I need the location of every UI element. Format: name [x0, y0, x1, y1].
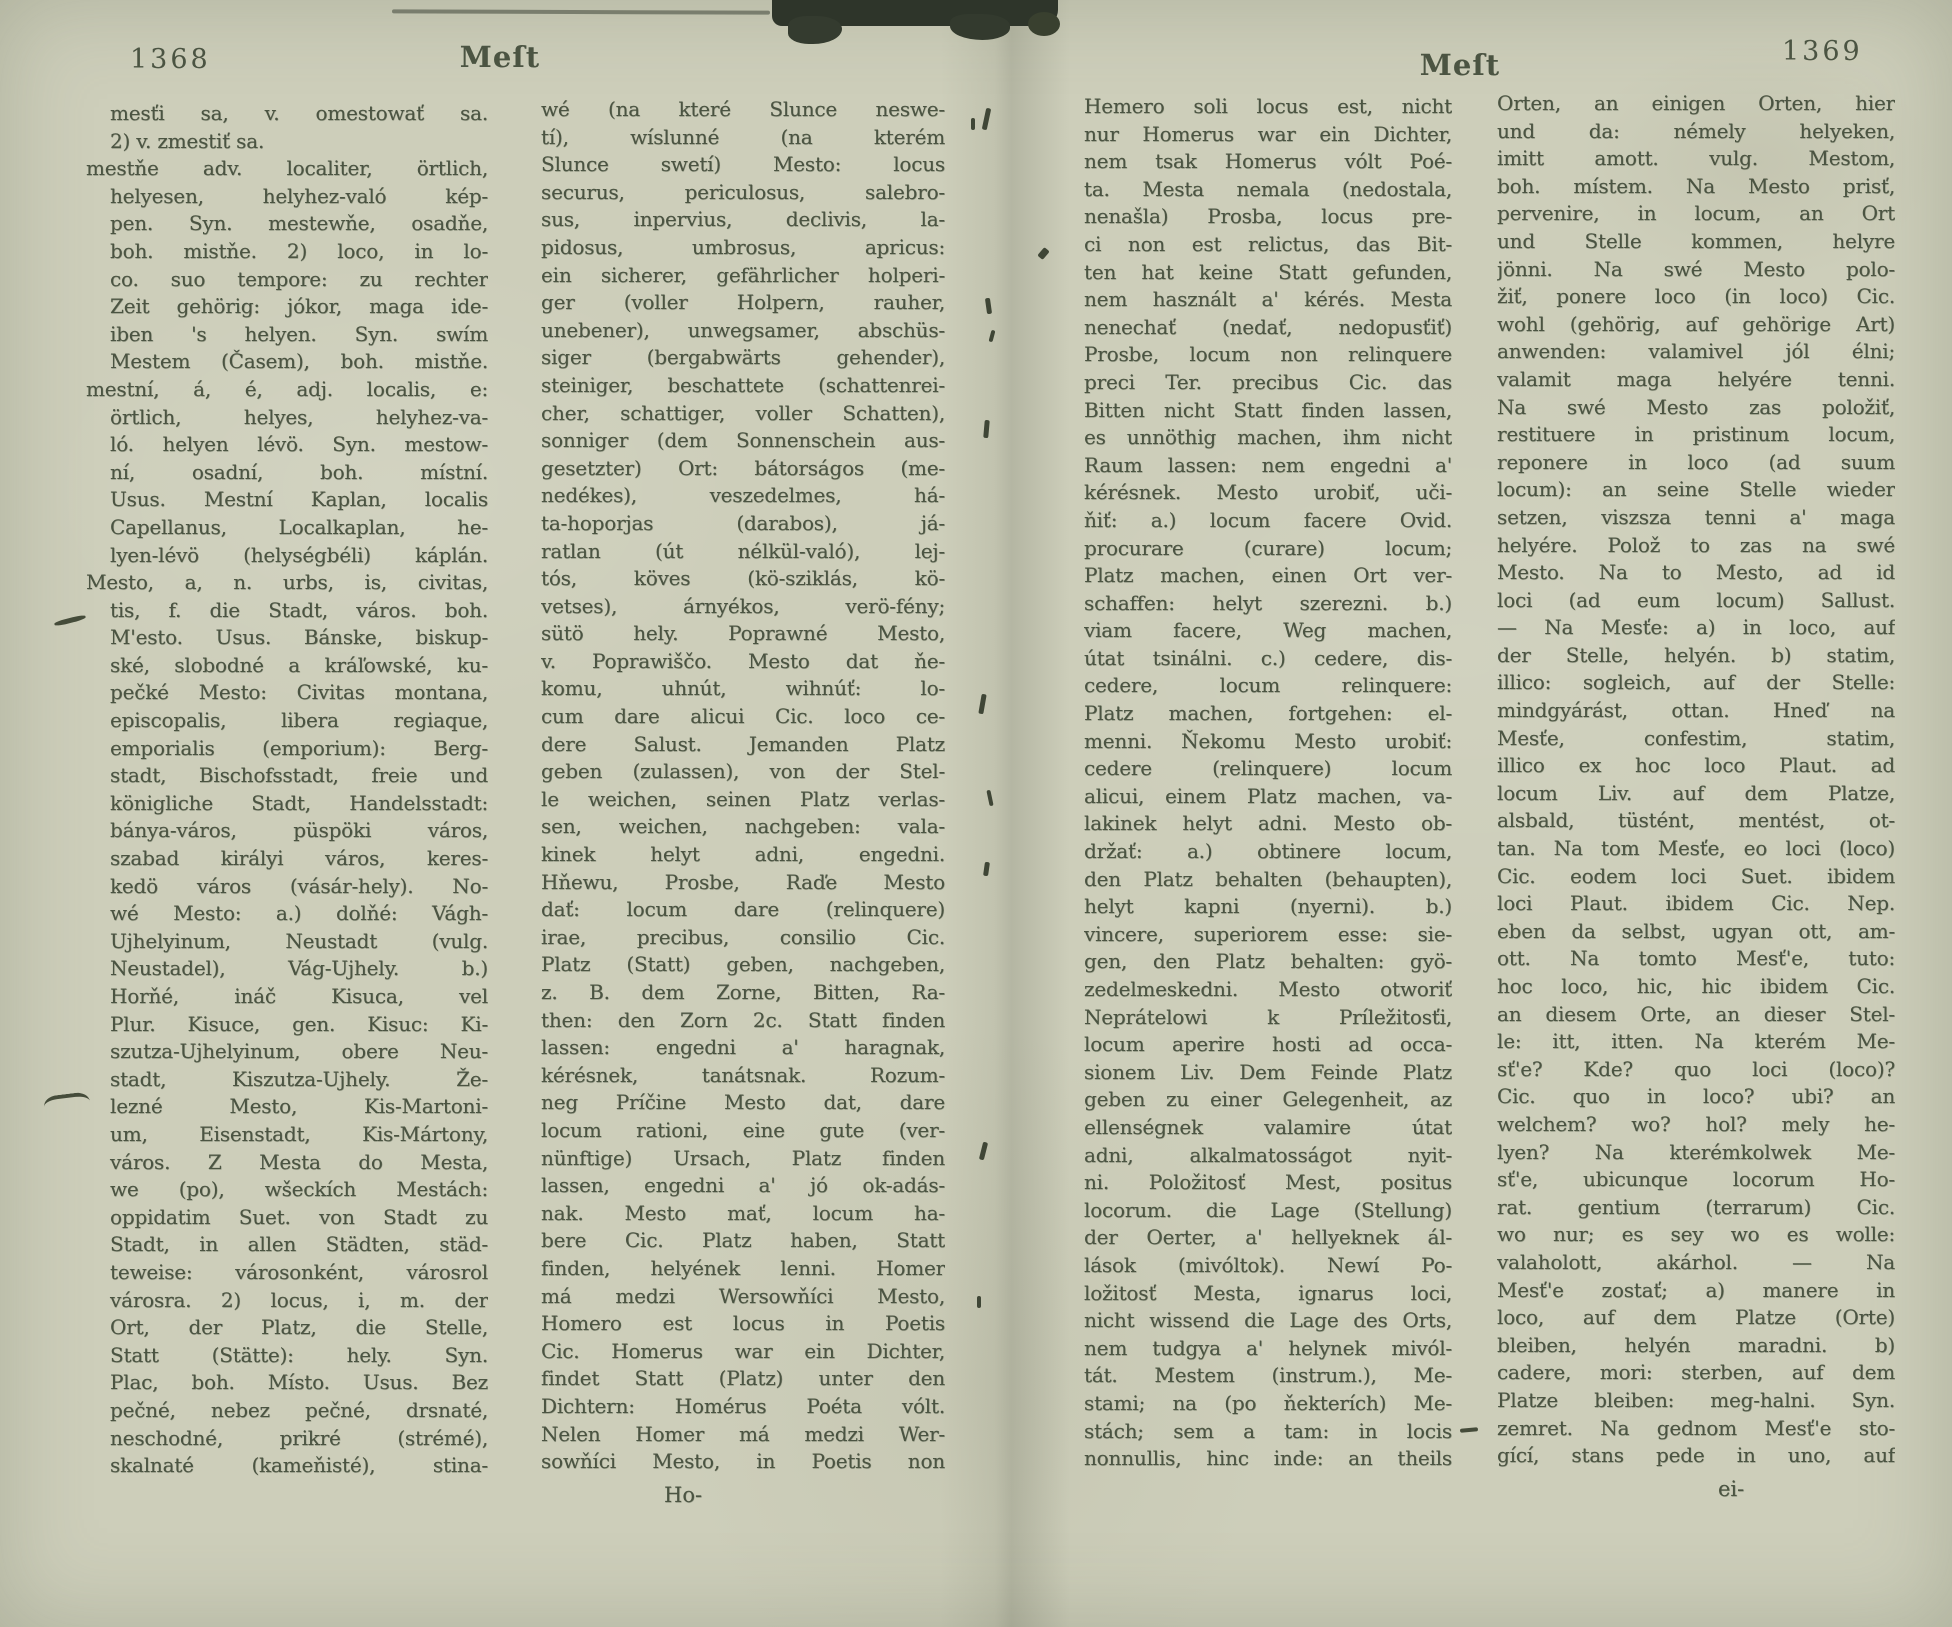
text-line: siger (bergabwärts gehender), — [541, 344, 945, 372]
text-line: menni. Ňekomu Mesto urobiť: — [1084, 728, 1452, 756]
text-line: securus, periculosus, salebro- — [541, 179, 945, 207]
text-line: pečké Mesto: Civitas montana, — [86, 679, 488, 707]
text-line: kedö város (vásár-hely). No- — [86, 873, 488, 901]
text-line: um, Eisenstadt, Kis-Mártony, — [86, 1121, 488, 1149]
text-line: kinek helyt adni, engedni. — [541, 841, 945, 869]
text-line: locum Liv. auf dem Platze, — [1497, 780, 1895, 808]
text-line: rat. gentium (terrarum) Cic. — [1497, 1194, 1895, 1222]
text-line: sť'e? Kde? quo loci (loco)? — [1497, 1056, 1895, 1084]
text-line: Capellanus, Localkaplan, he- — [86, 514, 488, 542]
text-line: illico: sogleich, auf der Stelle: — [1497, 669, 1895, 697]
text-line: nenašla) Prosba, locus pre- — [1084, 203, 1452, 231]
text-line: sütö hely. Poprawné Mesto, — [541, 620, 945, 648]
text-line: Statt (Stätte): hely. Syn. — [86, 1342, 488, 1370]
text-line: 2) v. zmestiť sa. — [86, 128, 488, 156]
text-line: loco, auf dem Platze (Orte) — [1497, 1304, 1895, 1332]
text-line: Horňé, ináč Kisuca, vel — [86, 983, 488, 1011]
text-line: kérésnek. Mesto urobiť, uči- — [1084, 479, 1452, 507]
text-line: bleiben, helyén maradni. b) — [1497, 1332, 1895, 1360]
text-line: sonniger (dem Sonnenschein aus- — [541, 427, 945, 455]
gutter-mark — [971, 118, 975, 130]
text-line: cedere (relinquere) locum — [1084, 755, 1452, 783]
text-column: mesťi sa, v. omestowať sa.2) v. zmestiť … — [86, 100, 488, 1480]
text-line: geben (zulassen), von der Stel- — [541, 758, 945, 786]
text-line: cher, schattiger, voller Schatten), — [541, 400, 945, 428]
text-line: Raum lassen: nem engedni a' — [1084, 452, 1452, 480]
margin-squiggle — [54, 614, 86, 627]
ink-blotch — [950, 14, 1010, 40]
text-line: Mesto. Na to Mesto, ad id — [1497, 559, 1895, 587]
text-line: Neprátelowi k Príležitosťi, — [1084, 1004, 1452, 1032]
text-line: hoc loco, hic, hic ibidem Cic. — [1497, 973, 1895, 1001]
text-line: schaffen: helyt szerezni. b.) — [1084, 590, 1452, 618]
text-line: ložitosť Mesta, ignarus loci, — [1084, 1280, 1452, 1308]
text-line: Platz (Statt) geben, nachgeben, — [541, 951, 945, 979]
text-line: nur Homerus war ein Dichter, — [1084, 121, 1452, 149]
text-line: Zeit gehörig: jókor, maga ide- — [86, 293, 488, 321]
text-line: nem tudgya a' helynek mivól- — [1084, 1335, 1452, 1363]
text-line: dať: locum dare (relinquere) — [541, 896, 945, 924]
text-line: procurare (curare) locum; — [1084, 535, 1452, 563]
text-line: helyesen, helyhez-való kép- — [86, 183, 488, 211]
text-line: nonnullis, hinc inde: an theils — [1084, 1445, 1452, 1473]
text-line: nicht wissend die Lage des Orts, — [1084, 1307, 1452, 1335]
text-line: vincere, superiorem esse: sie- — [1084, 921, 1452, 949]
text-line: mestňe adv. localiter, örtlich, — [86, 155, 488, 183]
text-line: sionem Liv. Dem Feinde Platz — [1084, 1059, 1452, 1087]
text-line: ňiť: a.) locum facere Ovid. — [1084, 507, 1452, 535]
text-line: illico ex hoc loco Plaut. ad — [1497, 752, 1895, 780]
ink-streak — [392, 9, 770, 14]
text-line: cum dare alicui Cic. loco ce- — [541, 703, 945, 731]
text-line: sowňíci Mesto, in Poetis non — [541, 1448, 945, 1476]
text-line: locum): an seine Stelle wieder — [1497, 476, 1895, 504]
text-line: skalnaté (kameňisté), stina- — [86, 1452, 488, 1480]
text-column: Orten, an einigen Orten, hierund da: ném… — [1497, 90, 1895, 1470]
text-line: stadt, Kiszutza-Ujhely. Že- — [86, 1066, 488, 1094]
text-line: Ort, der Platz, die Stelle, — [86, 1314, 488, 1342]
text-line: locorum. die Lage (Stellung) — [1084, 1197, 1452, 1225]
text-line: sen, weichen, nachgeben: vala- — [541, 813, 945, 841]
text-line: nünftige) Ursach, Platz finden — [541, 1145, 945, 1173]
text-line: tós, köves (kö-sziklás, kö- — [541, 565, 945, 593]
text-line: an diesem Orte, an dieser Stel- — [1497, 1001, 1895, 1029]
text-line: Plur. Kisuce, gen. Kisuc: Ki- — [86, 1011, 488, 1039]
text-line: helyére. Polož to zas na swé — [1497, 532, 1895, 560]
text-line: neg Príčine Mesto dat, dare — [541, 1089, 945, 1117]
text-line: Platz machen, einen Ort ver- — [1084, 562, 1452, 590]
text-line: ger (voller Holpern, rauher, — [541, 289, 945, 317]
text-line: zemret. Na gednom Mesť'e sto- — [1497, 1415, 1895, 1443]
text-line: reponere in loco (ad suum — [1497, 449, 1895, 477]
text-line: und Stelle kommen, helyre — [1497, 228, 1895, 256]
text-line: lezné Mesto, Kis-Martoni- — [86, 1093, 488, 1121]
text-line: Cic. quo in loco? ubi? an — [1497, 1083, 1895, 1111]
text-line: der Oerter, a' hellyeknek ál- — [1084, 1224, 1452, 1252]
text-line: tát. Mestem (instrum.), Me- — [1084, 1362, 1452, 1390]
text-line: Neustadel), Vág-Ujhely. b.) — [86, 955, 488, 983]
text-column: wé (na které Slunce neswe-tí), wíslunné … — [541, 96, 945, 1476]
text-line: útat tsinálni. c.) cedere, dis- — [1084, 645, 1452, 673]
text-line: nem használt a' kérés. Mesta — [1084, 286, 1452, 314]
text-line: teweise: városonként, városrol — [86, 1259, 488, 1287]
text-line: Mesto, a, n. urbs, is, civitas, — [86, 569, 488, 597]
text-line: der Stelle, helyén. b) statim, — [1497, 642, 1895, 670]
text-line: locum aperire hosti ad occa- — [1084, 1031, 1452, 1059]
text-line: mindgyárást, ottan. Hneď na — [1497, 697, 1895, 725]
text-line: finden, helyének lenni. Homer — [541, 1255, 945, 1283]
text-line: lyen? Na kterémkolwek Me- — [1497, 1139, 1895, 1167]
text-line: imitt amott. vulg. Mestom, — [1497, 145, 1895, 173]
text-line: es unnöthig machen, ihm nicht — [1084, 424, 1452, 452]
text-line: Platze bleiben: meg-halni. Syn. — [1497, 1387, 1895, 1415]
text-line: Hňewu, Prosbe, Raďe Mesto — [541, 869, 945, 897]
text-line: lassen: engedni a' haragnak, — [541, 1034, 945, 1062]
text-line: v. Poprawiščo. Mesto dat ňe- — [541, 648, 945, 676]
text-line: Mesťe, confestim, statim, — [1497, 725, 1895, 753]
page-number: 1368 — [130, 44, 211, 75]
running-head: Meſt — [1380, 48, 1540, 82]
text-line: stadt, Bischofsstadt, freie und — [86, 762, 488, 790]
text-line: viam facere, Weg machen, — [1084, 617, 1452, 645]
text-line: then: den Zorn 2c. Statt finden — [541, 1007, 945, 1035]
text-line: eben da selbst, ugyan ott, am- — [1497, 918, 1895, 946]
text-line: bere Cic. Platz haben, Statt — [541, 1227, 945, 1255]
text-line: Slunce swetí) Mesto: locus — [541, 151, 945, 179]
text-line: boh. mistňe. 2) loco, in lo- — [86, 238, 488, 266]
text-line: szutza-Ujhelyinum, obere Neu- — [86, 1038, 488, 1066]
text-line: gesetzter) Ort: bátorságos (me- — [541, 455, 945, 483]
text-line: unebener), unwegsamer, abschüs- — [541, 317, 945, 345]
text-line: pidosus, umbrosus, apricus: — [541, 234, 945, 262]
text-line: pečné, nebez pečné, drsnaté, — [86, 1397, 488, 1425]
text-line: Mestem (Časem), boh. mistňe. — [86, 348, 488, 376]
text-line: lassen, engedni a' jó ok-adás- — [541, 1172, 945, 1200]
text-line: cadere, mori: sterben, auf dem — [1497, 1359, 1895, 1387]
text-line: — Na Mesťe: a) in loco, auf — [1497, 614, 1895, 642]
text-line: ni. Položitosť Mest, positus — [1084, 1169, 1452, 1197]
text-line: helyt kapni (nyerni). b.) — [1084, 893, 1452, 921]
text-line: Hemero soli locus est, nicht — [1084, 93, 1452, 121]
text-line: le: itt, itten. Na kterém Me- — [1497, 1028, 1895, 1056]
page-number: 1369 — [1782, 36, 1863, 67]
ink-blotch — [1028, 12, 1060, 36]
text-line: tis, f. die Stadt, város. boh. — [86, 597, 488, 625]
text-line: wo nur; es sey wo es wolle: — [1497, 1221, 1895, 1249]
text-line: Usus. Mestní Kaplan, localis — [86, 486, 488, 514]
text-column: Hemero soli locus est, nichtnur Homerus … — [1084, 93, 1452, 1473]
text-line: szabad királyi város, keres- — [86, 845, 488, 873]
catchword: ei- — [1718, 1477, 1744, 1501]
text-line: irae, precibus, consilio Cic. — [541, 924, 945, 952]
text-line: den Platz behalten (behaupten), — [1084, 866, 1452, 894]
text-line: Cic. eodem loci Suet. ibidem — [1497, 863, 1895, 891]
text-line: Cic. Homerus war ein Dichter, — [541, 1338, 945, 1366]
text-line: neschodné, prikré (strémé), — [86, 1425, 488, 1453]
text-line: alicui, einem Platz machen, va- — [1084, 783, 1452, 811]
text-line: ló. helyen lévö. Syn. mestow- — [86, 431, 488, 459]
text-line: nak. Mesto mať, locum ha- — [541, 1200, 945, 1228]
text-line: sť'e, ubicunque locorum Ho- — [1497, 1166, 1895, 1194]
text-line: welchem? wo? hol? mely he- — [1497, 1111, 1895, 1139]
text-line: episcopalis, libera regiaque, — [86, 707, 488, 735]
text-line: Dichtern: Homérus Poéta vólt. — [541, 1393, 945, 1421]
text-line: lakinek helyt adni. Mesto ob- — [1084, 810, 1452, 838]
gutter-mark — [977, 1296, 981, 1308]
page-gutter-shadow — [940, 0, 1070, 1627]
text-line: alsbald, tüstént, mentést, ot- — [1497, 807, 1895, 835]
text-line: lások (mivóltok). Newí Po- — [1084, 1252, 1452, 1280]
margin-squiggle — [43, 1091, 91, 1116]
text-line: držať: a.) obtinere locum, — [1084, 838, 1452, 866]
text-line: boh. místem. Na Mesto prisť, — [1497, 173, 1895, 201]
text-line: pervenire, in locum, an Ort — [1497, 200, 1895, 228]
text-line: tí), wíslunné (na kterém — [541, 124, 945, 152]
text-line: M'esto. Usus. Bánske, biskup- — [86, 624, 488, 652]
text-line: gící, stans pede in uno, auf — [1497, 1442, 1895, 1470]
text-line: Platz machen, fortgehen: el- — [1084, 700, 1452, 728]
text-line: valaholott, akárhol. — Na — [1497, 1249, 1895, 1277]
text-line: bánya-város, püspöki város, — [86, 817, 488, 845]
text-line: ten hat keine Statt gefunden, — [1084, 259, 1452, 287]
text-line: Prosbe, locum non relinquere — [1084, 341, 1452, 369]
text-line: loci Plaut. ibidem Cic. Nep. — [1497, 890, 1895, 918]
text-line: ratlan (út nélkül-való), lej- — [541, 538, 945, 566]
text-line: ott. Na tomto Mesť'e, tuto: — [1497, 945, 1895, 973]
text-line: locum rationi, eine gute (ver- — [541, 1117, 945, 1145]
text-line: ta-hoporjas (darabos), já- — [541, 510, 945, 538]
book-scan: 1368 Meſt mesťi sa, v. omestowať sa.2) v… — [0, 0, 1952, 1627]
text-line: cedere, locum relinquere: — [1084, 672, 1452, 700]
text-line: ní, osadní, boh. místní. — [86, 459, 488, 487]
text-line: geben zu einer Gelegenheit, az — [1084, 1086, 1452, 1114]
text-line: steiniger, beschattete (schattenrei- — [541, 372, 945, 400]
text-line: königliche Stadt, Handelsstadt: — [86, 790, 488, 818]
text-line: wé Mesto: a.) dolňé: Vágh- — [86, 900, 488, 928]
text-line: mestní, á, é, adj. localis, e: — [86, 376, 488, 404]
text-line: z. B. dem Zorne, Bitten, Ra- — [541, 979, 945, 1007]
text-line: nem tsak Homerus vólt Poé- — [1084, 148, 1452, 176]
text-line: co. suo tempore: zu rechter — [86, 266, 488, 294]
text-line: stami; na (po ňekterích) Me- — [1084, 1390, 1452, 1418]
text-line: ta. Mesta nemala (nedostala, — [1084, 176, 1452, 204]
text-line: gen, den Platz behalten: gyö- — [1084, 948, 1452, 976]
text-line: mesťi sa, v. omestowať sa. — [86, 100, 488, 128]
text-line: wohl (gehörig, auf gehörige Art) — [1497, 311, 1895, 339]
text-line: adni, alkalmatosságot nyit- — [1084, 1142, 1452, 1170]
text-line: nedékes), veszedelmes, há- — [541, 482, 945, 510]
text-line: le weichen, seinen Platz verlas- — [541, 786, 945, 814]
text-line: komu, uhnút, wihnúť: lo- — [541, 675, 945, 703]
text-line: restituere in pristinum locum, — [1497, 421, 1895, 449]
text-line: Plac, boh. Místo. Usus. Bez — [86, 1369, 488, 1397]
text-line: Bitten nicht Statt finden lassen, — [1084, 397, 1452, 425]
text-line: lyen-lévö (helységbéli) káplán. — [86, 542, 488, 570]
text-line: dere Salust. Jemanden Platz — [541, 731, 945, 759]
text-line: setzen, viszsza tenni a' maga — [1497, 504, 1895, 532]
text-line: Na swé Mesto zas položiť, — [1497, 394, 1895, 422]
text-line: Homero est locus in Poetis — [541, 1310, 945, 1338]
text-line: ské, slobodné a kráľowské, ku- — [86, 652, 488, 680]
text-line: városra. 2) locus, i, m. der — [86, 1287, 488, 1315]
text-line: iben 's helyen. Syn. swím — [86, 321, 488, 349]
text-line: stách; sem a tam: in locis — [1084, 1418, 1452, 1446]
text-line: oppidatim Suet. von Stadt zu — [86, 1204, 488, 1232]
text-line: emporialis (emporium): Berg- — [86, 735, 488, 763]
text-line: ellenségnek valamire útat — [1084, 1114, 1452, 1142]
text-line: város. Z Mesta do Mesta, — [86, 1149, 488, 1177]
text-line: findet Statt (Platz) unter den — [541, 1365, 945, 1393]
margin-dash — [1460, 1427, 1478, 1433]
text-line: ci non est relictus, das Bit- — [1084, 231, 1452, 259]
text-line: nenechať (nedať, nedopusťiť) — [1084, 314, 1452, 342]
text-line: valamit maga helyére tenni. — [1497, 366, 1895, 394]
text-line: ein sicherer, gefährlicher holperi- — [541, 262, 945, 290]
text-line: Ujhelyinum, Neustadt (vulg. — [86, 928, 488, 956]
text-line: Orten, an einigen Orten, hier — [1497, 90, 1895, 118]
text-line: wé (na které Slunce neswe- — [541, 96, 945, 124]
text-line: pen. Syn. mestewňe, osadňe, — [86, 210, 488, 238]
text-line: Nelen Homer má medzi Wer- — [541, 1421, 945, 1449]
running-head: Meſt — [420, 40, 580, 74]
text-line: tan. Na tom Mesťe, eo loci (loco) — [1497, 835, 1895, 863]
text-line: má medzi Wersowňíci Mesto, — [541, 1283, 945, 1311]
text-line: örtlich, helyes, helyhez-va- — [86, 404, 488, 432]
catchword: Ho- — [664, 1483, 702, 1507]
text-line: Mesť'e zostať; a) manere in — [1497, 1277, 1895, 1305]
text-line: we (po), wšeckích Mestách: — [86, 1176, 488, 1204]
text-line: sus, inpervius, declivis, la- — [541, 206, 945, 234]
text-line: Stadt, in allen Städten, städ- — [86, 1231, 488, 1259]
text-line: preci Ter. precibus Cic. das — [1084, 369, 1452, 397]
text-line: und da: némely helyeken, — [1497, 118, 1895, 146]
text-line: vetses), árnyékos, verö-fény; — [541, 593, 945, 621]
text-line: zedelmeskedni. Mesto otworiť — [1084, 976, 1452, 1004]
text-line: anwenden: valamivel jól élni; — [1497, 338, 1895, 366]
text-line: loci (ad eum locum) Sallust. — [1497, 587, 1895, 615]
text-line: kérésnek, tanátsnak. Rozum- — [541, 1062, 945, 1090]
ink-blotch — [788, 16, 842, 44]
text-line: jönni. Na swé Mesto polo- — [1497, 256, 1895, 284]
text-line: žiť, ponere loco (in loco) Cic. — [1497, 283, 1895, 311]
